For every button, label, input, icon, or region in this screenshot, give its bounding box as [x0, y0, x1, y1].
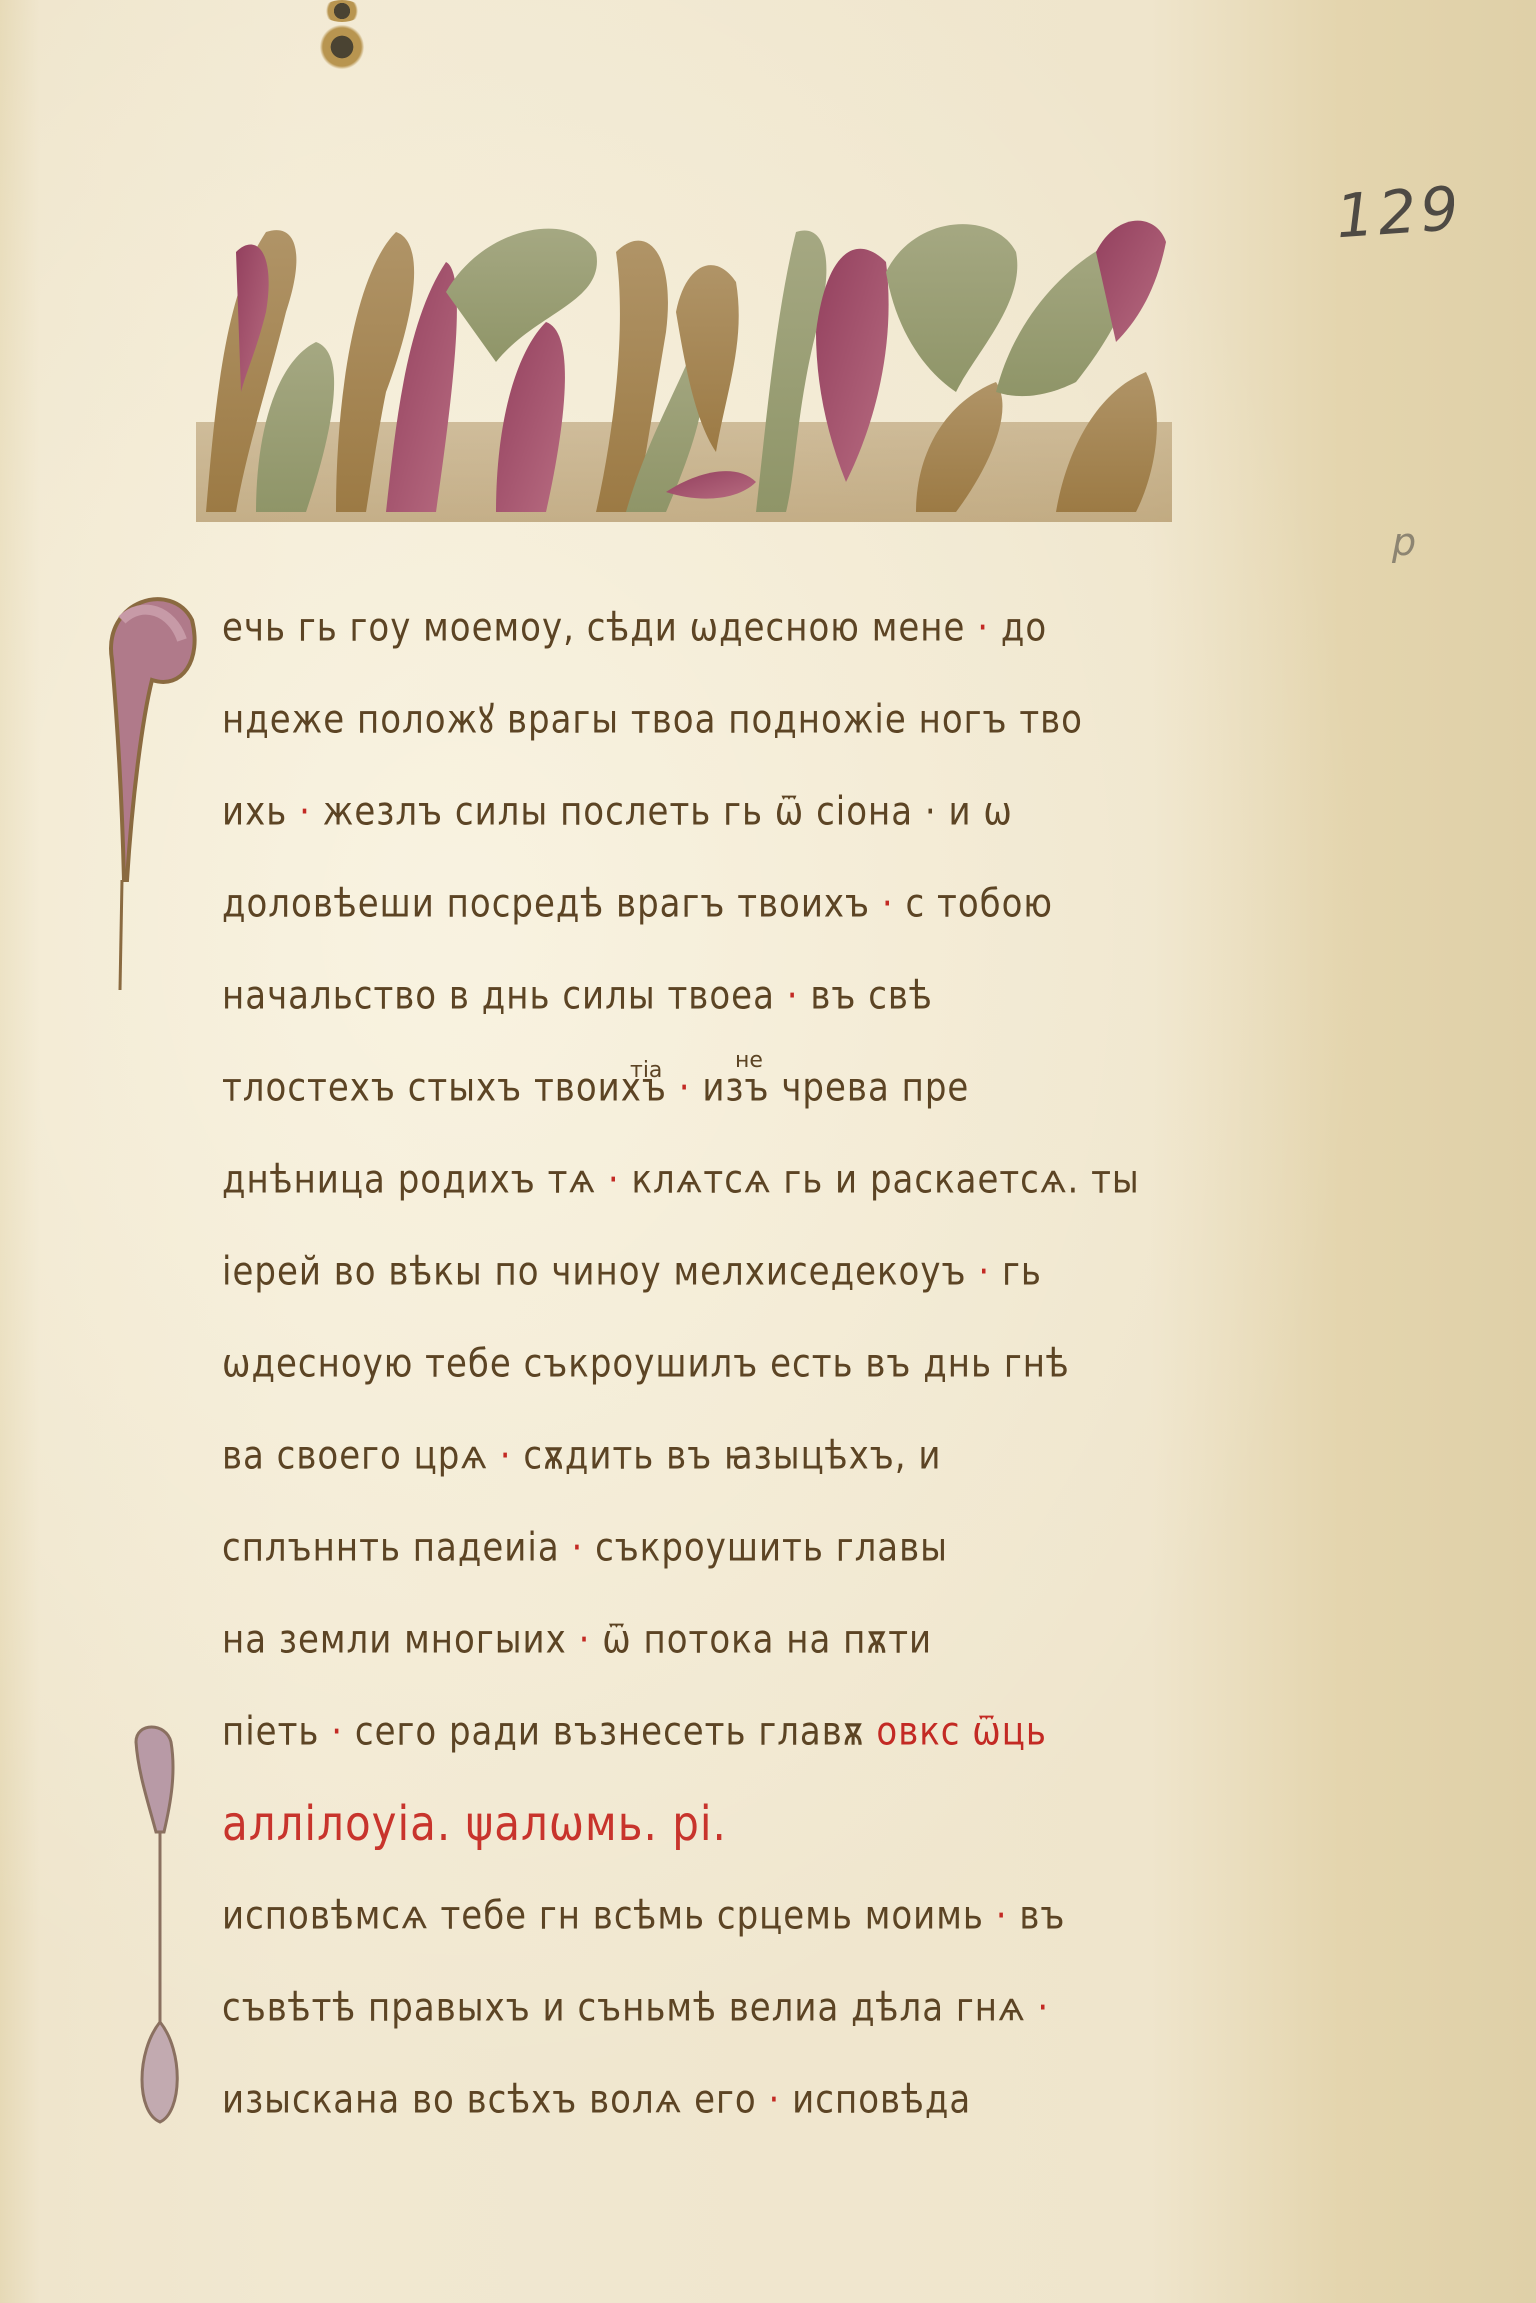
- decorative-initial-top: [92, 580, 202, 1000]
- margin-mark: р: [1392, 520, 1416, 564]
- text-line-16: съвѣтѣ правыхъ и съньмѣ велиа дѣла гнѧ ·: [222, 1955, 1282, 2061]
- text-line-13: піеть · сего ради възнесеть главѫ овкс ѿ…: [222, 1679, 1282, 1785]
- text-line-8: іерей во вѣкы по чиноу мелхиседекоуъ · г…: [222, 1219, 1282, 1325]
- foliate-headpiece: [196, 192, 1172, 522]
- text-line-11: сплъннть падеиіа · съкроушить главы: [222, 1495, 1282, 1601]
- text-line-2: ндеже положꙋ врагы твоа подножіе ногъ тв…: [222, 667, 1282, 773]
- text-line-7: днѣница родихъ тѧ · клѧтсѧ гь и раскаетс…: [222, 1127, 1282, 1233]
- ink-stain: [322, 0, 362, 22]
- text-line-17: изыскана во всѣхъ волѧ его · исповѣда: [222, 2047, 1282, 2153]
- text-line-6: тлостехъ стыхъ твоихъ · изъ чрева пре: [222, 1035, 1282, 1141]
- text-line-12: на земли многыих · ѿ потока на пѫти: [222, 1587, 1282, 1693]
- text-line-9: ѡдесноую тебе съкроушилъ есть въ днь гнѣ: [222, 1311, 1282, 1417]
- folio-number: 129: [1334, 174, 1465, 253]
- text-line-4: доловѣеши посредѣ врагъ твоихъ · с тобою: [222, 851, 1282, 957]
- decorative-initial-bottom: [126, 1722, 206, 2142]
- text-line-5: начальство в днь силы твоеа · въ свѣ: [222, 943, 1282, 1049]
- ink-stain: [320, 24, 364, 70]
- text-column: ечь гь гоу моемоу, сѣди ѡдесною мене · д…: [222, 582, 1282, 2146]
- text-line-15: исповѣмсѧ тебе гн всѣмь срцемь моимь · в…: [222, 1863, 1282, 1969]
- rubric-line: аллілоуіа. ψалѡмь. рі.: [222, 1771, 1282, 1877]
- text-line-3: ихь · жезлъ силы послеть гь ѿ сіона · и …: [222, 759, 1282, 865]
- text-line-1: ечь гь гоу моемоу, сѣди ѡдесною мене · д…: [222, 575, 1282, 681]
- manuscript-page: 129 р тіа не: [0, 0, 1536, 2303]
- text-line-10: ва своего црѧ · сѫдить въ ꙗзыцѣхъ, и: [222, 1403, 1282, 1509]
